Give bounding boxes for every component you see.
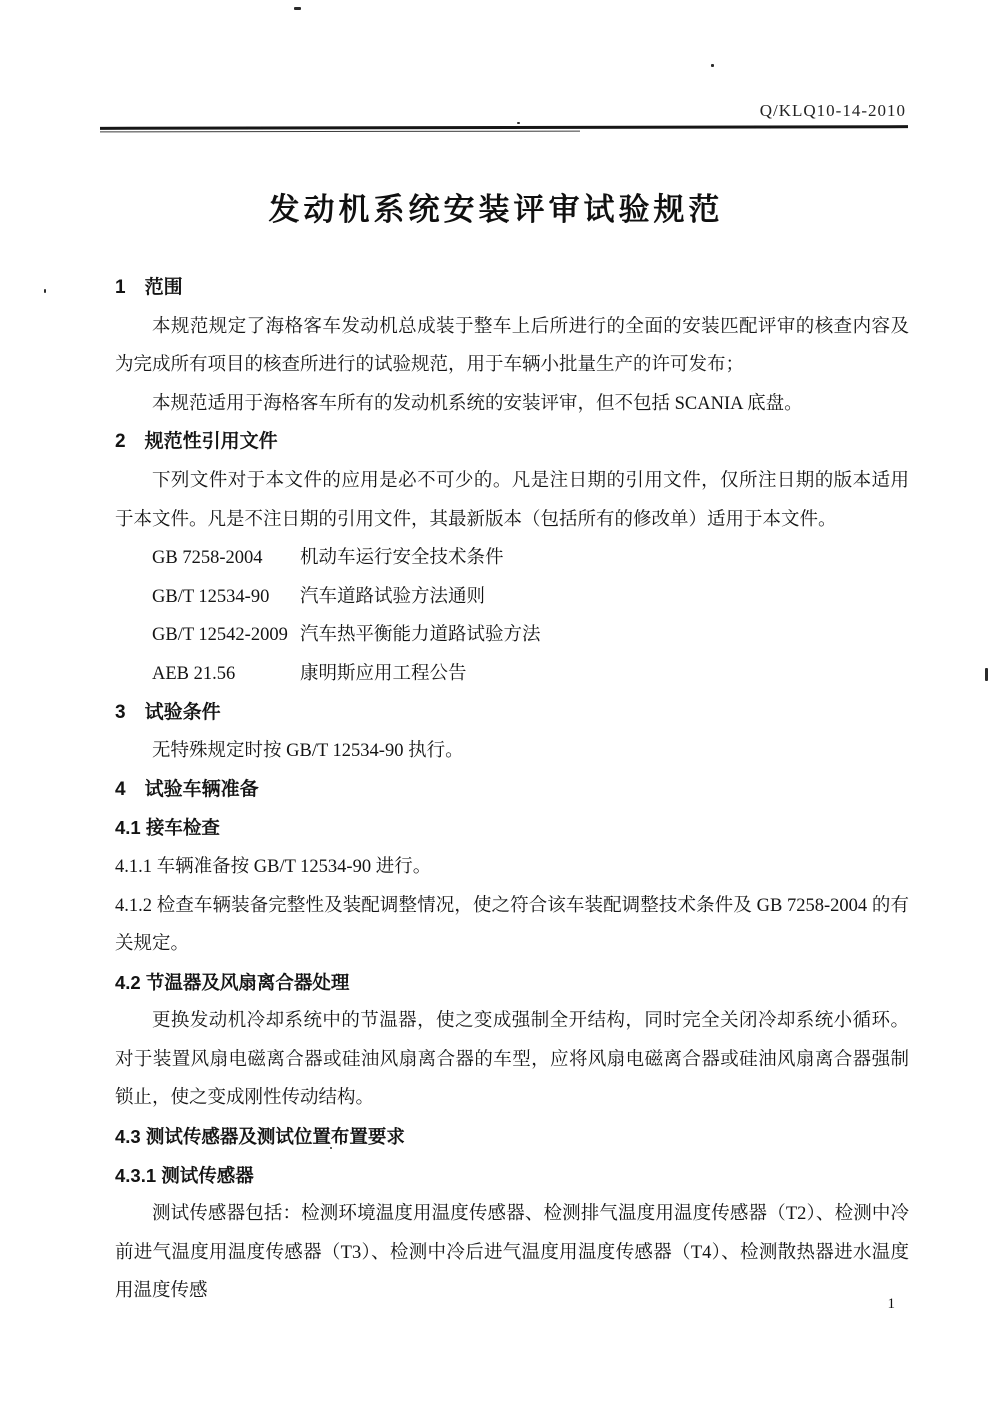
heading-references: 2 规范性引用文件	[115, 423, 909, 462]
scan-speck	[330, 1147, 332, 1149]
heading-4-2-thermostat-fan-clutch: 4.2 节温器及风扇离合器处理	[115, 964, 909, 1003]
document-body: 1 范围 本规范规定了海格客车发动机总成装于整车上后所进行的全面的安装匹配评审的…	[115, 269, 909, 1311]
reference-code: GB/T 12542-2009	[152, 616, 300, 655]
reference-code: AEB 21.56	[152, 655, 300, 694]
heading-scope: 1 范围	[115, 269, 909, 308]
reference-item: GB/T 12542-2009 汽车热平衡能力道路试验方法	[115, 616, 909, 655]
reference-code: GB/T 12534-90	[152, 578, 300, 617]
reference-title: 康明斯应用工程公告	[300, 655, 909, 694]
reference-item: GB 7258-2004 机动车运行安全技术条件	[115, 539, 909, 578]
scan-speck	[44, 289, 46, 293]
heading-vehicle-preparation: 4 试验车辆准备	[115, 771, 909, 810]
heading-test-conditions: 3 试验条件	[115, 694, 909, 733]
reference-code: GB 7258-2004	[152, 539, 300, 578]
heading-4-3-1-test-sensors: 4.3.1 测试传感器	[115, 1157, 909, 1196]
scan-speck	[294, 7, 301, 10]
page-number: 1	[888, 1296, 896, 1313]
paragraph-4-3-1: 测试传感器包括：检测环境温度用温度传感器、检测排气温度用温度传感器（T2）、检测…	[115, 1195, 909, 1311]
heading-4-3-sensors-layout: 4.3 测试传感器及测试位置布置要求	[115, 1118, 909, 1157]
paragraph-scope-2: 本规范适用于海格客车所有的发动机系统的安装评审，但不包括 SCANIA 底盘。	[115, 385, 909, 424]
paragraph-4-1-2: 4.1.2 检查车辆装备完整性及装配调整情况，使之符合该车装配调整技术条件及 G…	[115, 887, 909, 964]
reference-title: 汽车热平衡能力道路试验方法	[300, 616, 909, 655]
scan-speck	[517, 122, 520, 124]
document-page: Q/KLQ10-14-2010 发动机系统安装评审试验规范 1 范围 本规范规定…	[0, 0, 992, 1403]
paragraph-test-conditions: 无特殊规定时按 GB/T 12534-90 执行。	[115, 732, 909, 771]
paragraph-references-intro: 下列文件对于本文件的应用是必不可少的。凡是注日期的引用文件，仅所注日期的版本适用…	[115, 462, 909, 539]
header-rule	[100, 125, 908, 130]
header-rule-secondary	[100, 131, 580, 133]
reference-item: AEB 21.56 康明斯应用工程公告	[115, 655, 909, 694]
doc-number: Q/KLQ10-14-2010	[760, 101, 906, 121]
paragraph-scope-1: 本规范规定了海格客车发动机总成装于整车上后所进行的全面的安装匹配评审的核查内容及…	[115, 308, 909, 385]
reference-item: GB/T 12534-90 汽车道路试验方法通则	[115, 578, 909, 617]
page-title: 发动机系统安装评审试验规范	[0, 184, 992, 229]
paragraph-4-1-1: 4.1.1 车辆准备按 GB/T 12534-90 进行。	[115, 848, 909, 887]
scan-speck	[985, 668, 988, 681]
reference-title: 机动车运行安全技术条件	[300, 539, 909, 578]
reference-title: 汽车道路试验方法通则	[300, 578, 909, 617]
scan-speck	[711, 64, 714, 67]
heading-4-1-receiving-inspection: 4.1 接车检查	[115, 809, 909, 848]
paragraph-4-2: 更换发动机冷却系统中的节温器，使之变成强制全开结构，同时完全关闭冷却系统小循环。…	[115, 1002, 909, 1118]
